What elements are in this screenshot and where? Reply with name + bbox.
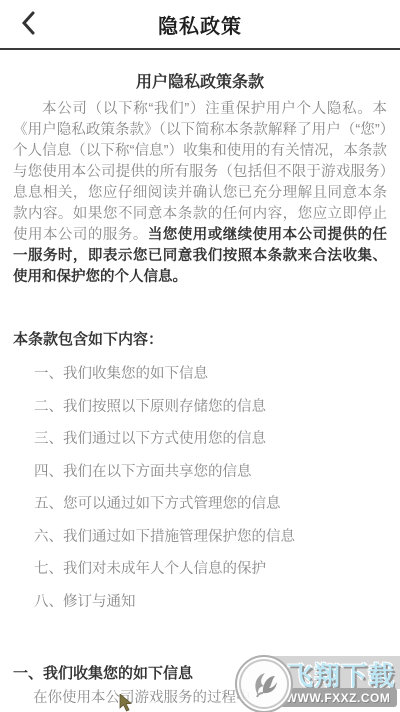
privacy-policy-screen: { "header": { "title": "隐私政策" }, "icons"… bbox=[0, 0, 400, 712]
toc-item: 一、我们收集您的如下信息 bbox=[34, 358, 387, 391]
section1-paragraph: 在你使用本公司游戏服务的过程中 bbox=[13, 688, 387, 709]
toc-item: 三、我们通过以下方式使用您的信息 bbox=[34, 423, 387, 456]
chevron-left-icon bbox=[20, 10, 36, 39]
intro-paragraph: 本公司（以下称“我们”）注重保护用户个人隐私。本《用户隐私政策条款》（以下简称本… bbox=[13, 99, 387, 288]
policy-content-scroll-area[interactable]: 用户隐私政策条款 本公司（以下称“我们”）注重保护用户个人隐私。本《用户隐私政策… bbox=[0, 69, 400, 709]
page-title: 隐私政策 bbox=[158, 10, 242, 39]
mouse-cursor-icon bbox=[119, 694, 133, 712]
toc-item: 五、您可以通过如下方式管理您的信息 bbox=[34, 488, 387, 521]
back-button[interactable] bbox=[10, 0, 46, 48]
toc-item: 八、修订与通知 bbox=[34, 586, 387, 619]
toc-item: 二、我们按照以下原则存储您的信息 bbox=[34, 391, 387, 424]
toc-item: 四、我们在以下方面共享您的信息 bbox=[34, 456, 387, 489]
section1-heading: 一、我们收集您的如下信息 bbox=[13, 662, 387, 683]
intro-regular-text: 本公司（以下称“我们”）注重保护用户个人隐私。本《用户隐私政策条款》（以下简称本… bbox=[13, 101, 387, 243]
document-title: 用户隐私政策条款 bbox=[13, 69, 387, 92]
header-bar: 隐私政策 bbox=[0, 0, 400, 50]
toc-item: 六、我们通过如下措施管理保护您的信息 bbox=[34, 521, 387, 554]
toc-item: 七、我们对未成年人个人信息的保护 bbox=[34, 553, 387, 586]
toc-list: 一、我们收集您的如下信息 二、我们按照以下原则存储您的信息 三、我们通过以下方式… bbox=[13, 358, 387, 618]
toc-heading: 本条款包含如下内容： bbox=[13, 328, 387, 349]
